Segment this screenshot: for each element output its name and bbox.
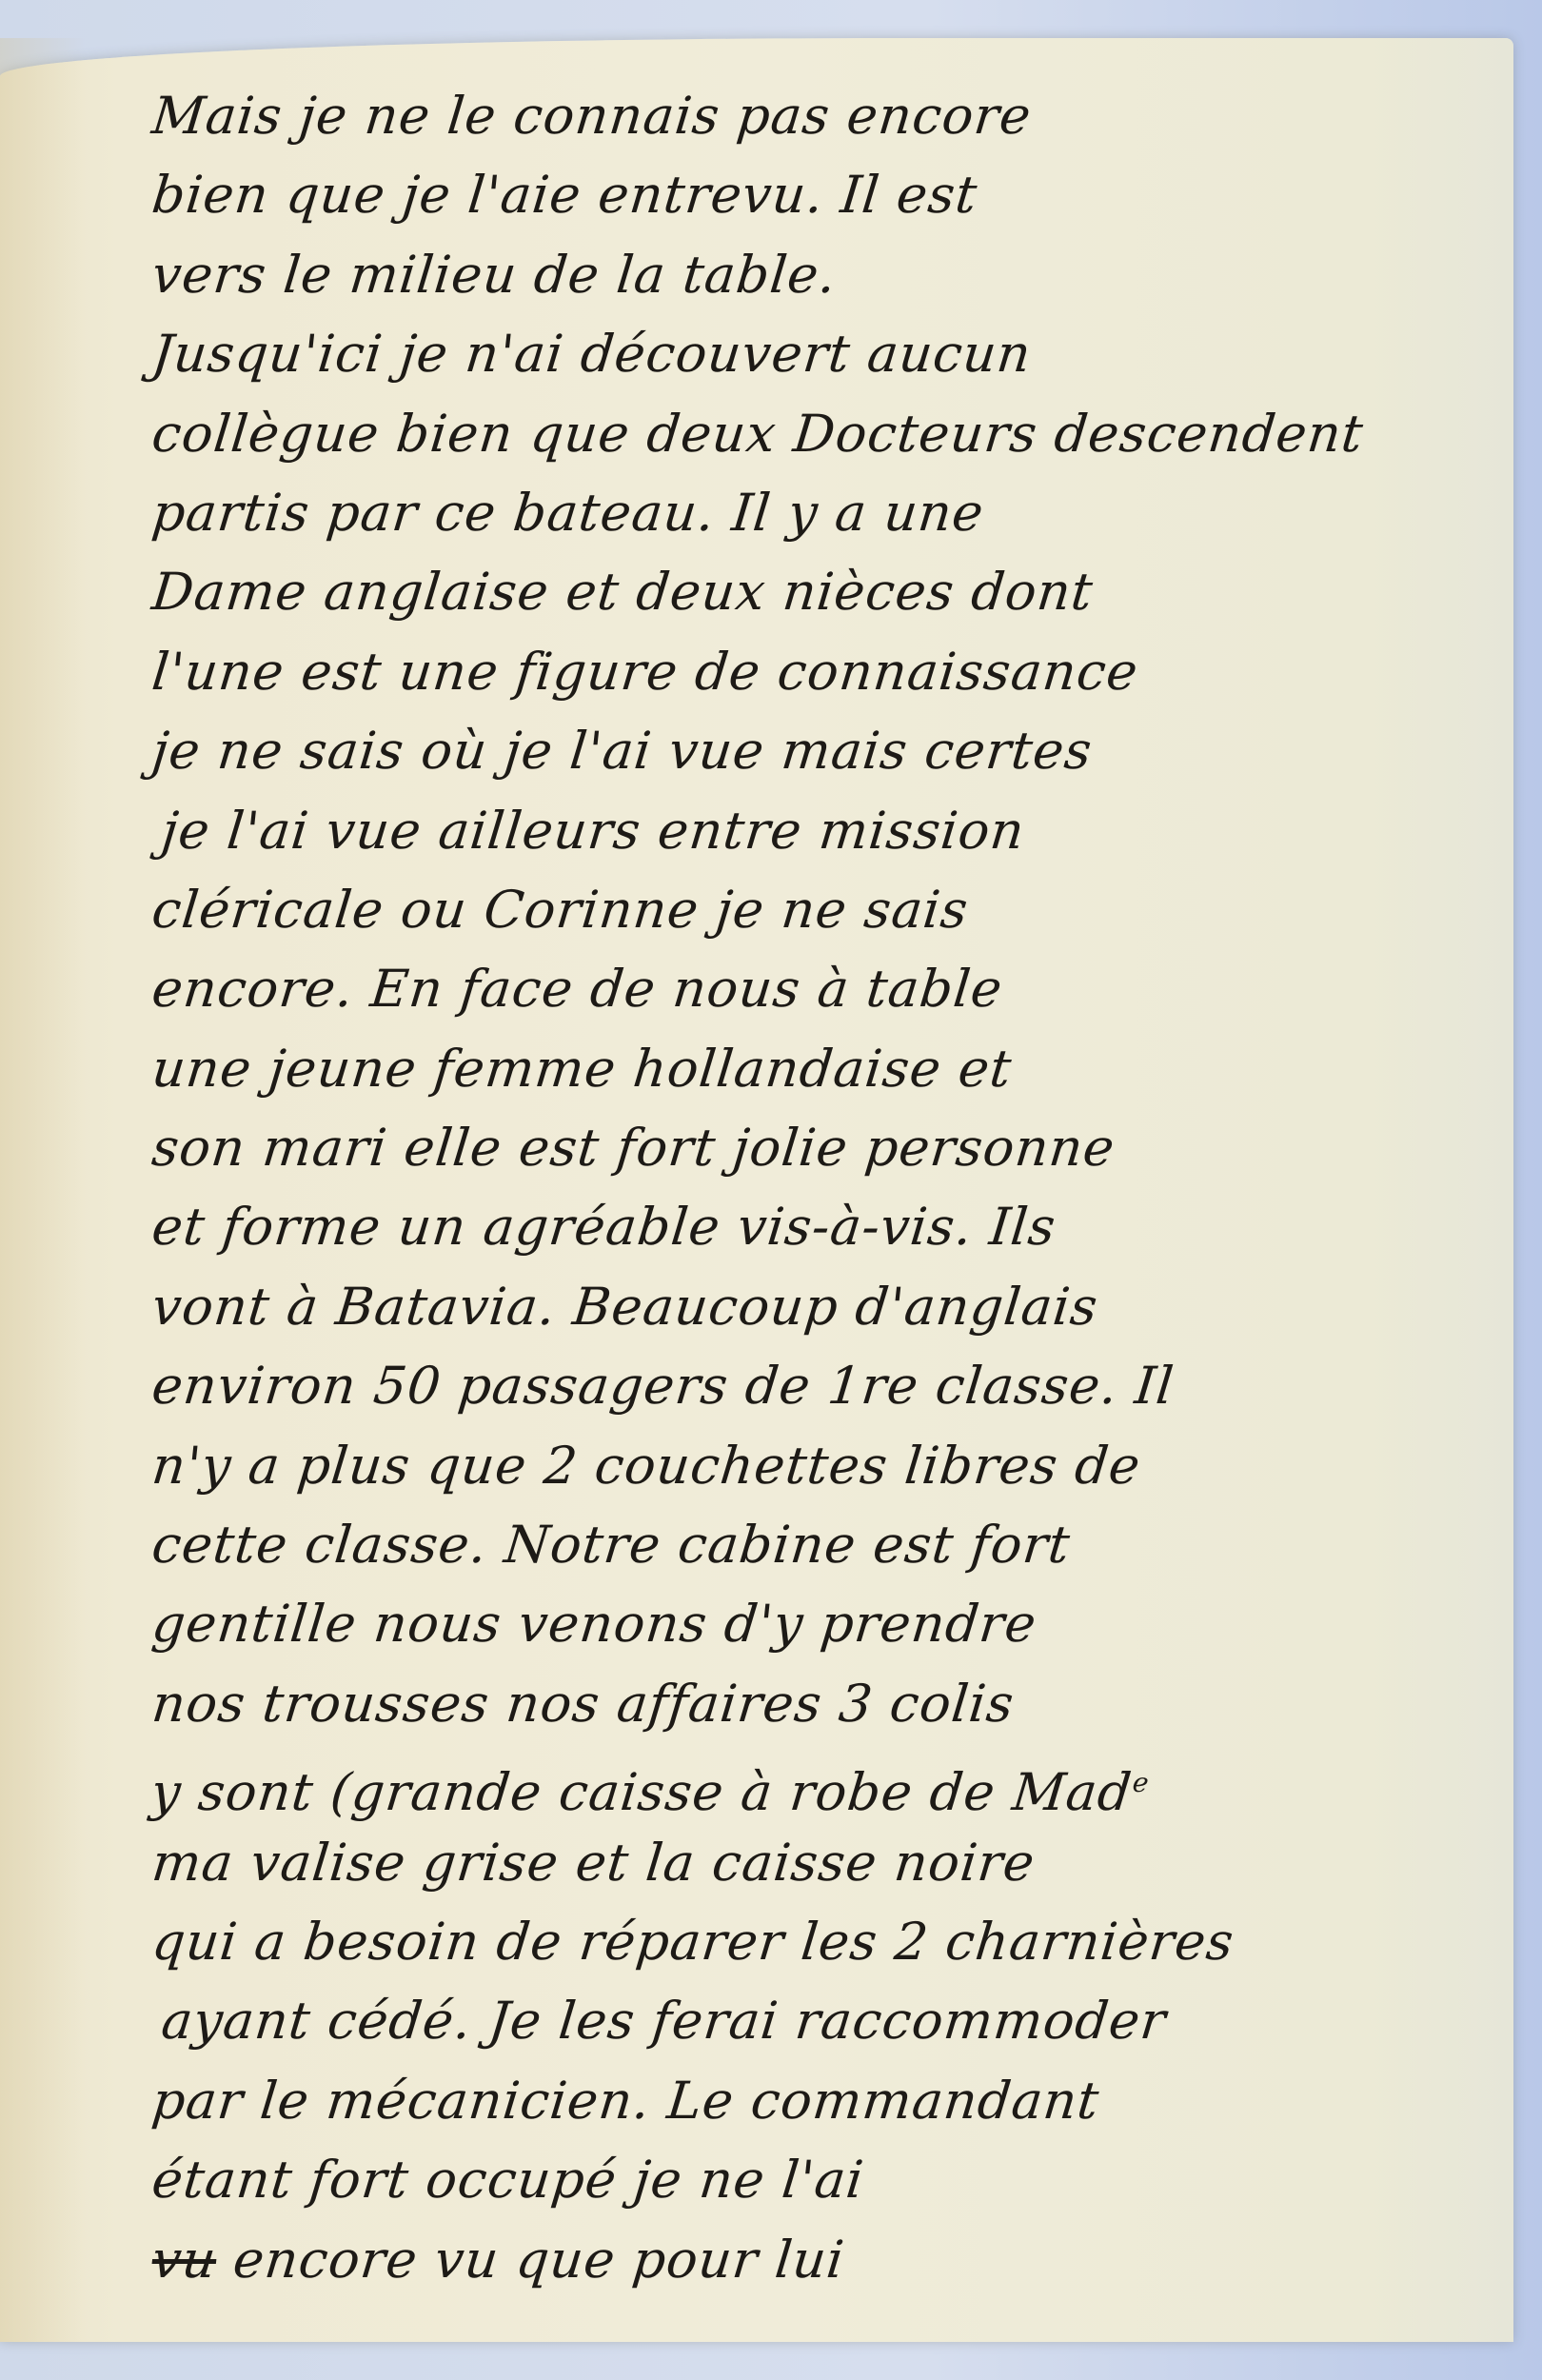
text-line-16: vont à Batavia. Beaucoup d'anglais: [148, 1267, 1480, 1346]
text-line-20: gentille nous venons d'y prendre: [148, 1584, 1480, 1663]
text-line-15: et forme un agréable vis-à-vis. Ils: [148, 1187, 1480, 1266]
text-line-2: bien que je l'aie entrevu. Il est: [148, 155, 1480, 234]
text-line-28-body: encore vu que pour lui: [230, 2230, 847, 2290]
text-line-11: cléricale ou Corinne je ne sais: [148, 870, 1480, 949]
text-line-7: Dame anglaise et deux nièces dont: [148, 552, 1480, 631]
text-line-14: son mari elle est fort jolie personne: [148, 1108, 1480, 1187]
superscript-e: e: [1131, 1767, 1151, 1798]
text-line-25: ayant cédé. Je les ferai raccommoder: [148, 1981, 1480, 2060]
text-line-10: je l'ai vue ailleurs entre mission: [148, 791, 1480, 870]
text-line-5: collègue bien que deux Docteurs descende…: [148, 394, 1480, 473]
text-line-26: par le mécanicien. Le commandant: [148, 2061, 1480, 2140]
text-line-18: n'y a plus que 2 couchettes libres de: [148, 1426, 1480, 1505]
text-line-27: étant fort occupé je ne l'ai: [148, 2140, 1480, 2219]
text-line-22-body: y sont (grande caisse à robe de Mad: [148, 1762, 1136, 1822]
text-line-21: nos trousses nos affaires 3 colis: [148, 1664, 1480, 1743]
text-line-3: vers le milieu de la table.: [148, 235, 1480, 314]
text-line-24: qui a besoin de réparer les 2 charnières: [148, 1902, 1480, 1981]
text-line-9: je ne sais où je l'ai vue mais certes: [148, 711, 1480, 790]
struck-word: vu: [149, 2230, 220, 2290]
text-line-28: vu encore vu que pour lui: [148, 2220, 1480, 2299]
text-line-12: encore. En face de nous à table: [148, 949, 1480, 1028]
text-line-13: une jeune femme hollandaise et: [148, 1029, 1480, 1108]
text-line-6: partis par ce bateau. Il y a une: [148, 473, 1480, 552]
text-line-4: Jusqu'ici je n'ai découvert aucun: [148, 314, 1480, 393]
text-line-8: l'une est une figure de connaissance: [148, 632, 1480, 711]
handwritten-text: Mais je ne le connais pas encore bien qu…: [152, 76, 1475, 2299]
text-line-17: environ 50 passagers de 1re classe. Il: [148, 1346, 1480, 1425]
letter-page: Mais je ne le connais pas encore bien qu…: [0, 38, 1513, 2342]
text-line-1: Mais je ne le connais pas encore: [148, 76, 1480, 155]
text-line-22: y sont (grande caisse à robe de Made: [148, 1743, 1480, 1822]
text-line-19: cette classe. Notre cabine est fort: [148, 1505, 1480, 1584]
text-line-23: ma valise grise et la caisse noire: [148, 1823, 1480, 1902]
